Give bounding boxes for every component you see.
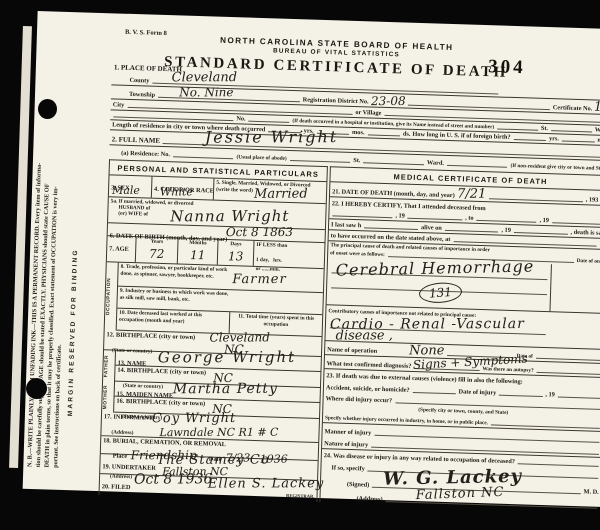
blank-line xyxy=(363,161,424,165)
spouse-value: Nanna Wright xyxy=(170,209,289,224)
blank-line xyxy=(173,155,234,159)
place-of-death-section: 1. PLACE OF DEATH County Cleveland Towns… xyxy=(109,63,600,173)
blank-line xyxy=(445,229,499,233)
last-worked-field: 10. Date deceased last worked at this oc… xyxy=(117,309,230,334)
abode-note: (Usual place of abode) xyxy=(236,154,286,162)
last-worked-label: 10. Date deceased last worked at this oc… xyxy=(119,310,227,327)
age-years-value: 72 xyxy=(149,248,164,260)
registration-district-label: Registration District No. xyxy=(303,96,369,105)
dob-value: Oct 8 1863 xyxy=(226,226,293,238)
operation-label: Name of operation xyxy=(327,346,377,355)
full-name-value: Jessie Wright xyxy=(205,129,339,145)
blank-line xyxy=(413,391,456,394)
ds-label: ds. xyxy=(403,131,411,138)
physician-address-value: Fallston NC xyxy=(415,486,504,502)
test-label: What test confirmed diagnosis? xyxy=(327,360,412,370)
age-ifless-field: IF LESS than 1 day, hrs. or ......min. xyxy=(253,241,325,268)
township-value: No. Nine xyxy=(179,86,233,98)
informant-value: Coy Wright xyxy=(152,412,236,425)
blank-line xyxy=(514,231,568,235)
ward-label2: Ward. xyxy=(427,159,444,167)
industry-label: 9. Industry or business in which work wa… xyxy=(120,288,234,306)
industry-field: 9. Industry or business in which work wa… xyxy=(117,287,236,312)
mother-side-label: MOTHER xyxy=(103,381,109,412)
blank-line xyxy=(408,217,462,221)
date-of-onset-label: Date of onset xyxy=(577,258,600,265)
age-months-field: Months 11 xyxy=(177,238,218,264)
blank-line xyxy=(536,357,600,361)
filed-field: 20. FILED Oct 8 1936 Ellen S. Lackey REG… xyxy=(100,474,317,499)
dod-year-printed: , 193 xyxy=(586,196,599,203)
sex-value: Male xyxy=(112,185,140,196)
cause-of-death-value: Cerebral Hemorrhage xyxy=(336,259,535,279)
occupation-side-label: OCCUPATION xyxy=(106,262,113,330)
informant-address-value: Lawndale NC R1 # C xyxy=(159,427,278,438)
personal-statistical-section: PERSONAL AND STATISTICAL PARTICULARS 3. … xyxy=(98,159,327,502)
manner-of-injury-label: Manner of injury xyxy=(324,428,371,436)
age-years-field: Years 72 xyxy=(135,237,178,263)
nineteen-2: , 19 xyxy=(539,217,549,224)
cause-of-death-area: Cerebral Hemorrhage 131 xyxy=(327,257,600,314)
blank-line xyxy=(537,371,600,375)
blank-line xyxy=(476,219,536,223)
county-value: Cleveland xyxy=(172,71,237,84)
age-days-field: Days 13 xyxy=(217,240,254,266)
registrar-label: REGISTRAR. xyxy=(286,493,315,499)
months-label: Months xyxy=(180,240,215,247)
blank-line xyxy=(290,159,351,163)
race-field: 4. COLOR OR RACE White xyxy=(151,177,214,200)
blank-line xyxy=(497,127,538,130)
filed-label: 20. FILED xyxy=(102,483,131,491)
trade-field: 8. Trade, profession, or particular kind… xyxy=(118,263,237,290)
medical-certificate-section: MEDICAL CERTIFICATE OF DEATH 21. DATE OF… xyxy=(319,166,600,511)
certificate-no-value: 14 xyxy=(594,101,600,114)
marital-value: Married xyxy=(254,188,308,201)
blank-line xyxy=(558,396,600,399)
signed-label: (Signed) xyxy=(347,481,370,489)
date-of-onset-column-line xyxy=(549,264,551,311)
if-so-specify-label: If so, specify xyxy=(331,464,365,472)
race-value: White xyxy=(160,186,193,197)
occupation-group: OCCUPATION 8. Trade, profession, or part… xyxy=(105,262,324,337)
contributory-value-2: disease , xyxy=(336,329,393,342)
age-field: 7. AGE xyxy=(107,236,136,262)
nonresident-note: (If non-resident give city or town and S… xyxy=(510,163,600,172)
village-label: or Village xyxy=(355,109,381,117)
trade-value-cell: Farmer xyxy=(236,266,324,292)
blank-line xyxy=(367,133,399,136)
nineteen-4: , 19 xyxy=(545,391,555,398)
nature-of-injury-label: Nature of injury xyxy=(324,440,368,448)
registration-district-value: 23-08 xyxy=(371,95,406,107)
blank-line xyxy=(364,226,418,230)
blank-line xyxy=(489,197,583,202)
yrs-label2: yrs. xyxy=(549,135,559,142)
days-label: Days xyxy=(220,241,251,248)
ward-label: Ward xyxy=(595,127,600,134)
trade-value: Farmer xyxy=(232,273,286,286)
death-said-label: , death is said xyxy=(570,229,600,237)
full-name-label: 2. FULL NAME xyxy=(112,135,161,145)
blank-line xyxy=(562,140,594,143)
age-days-value: 13 xyxy=(228,250,243,262)
last-saw-label: I last saw h xyxy=(331,221,361,229)
injury-date-label: Date of injury xyxy=(458,388,496,396)
death-certificate-paper: N. B.—WRITE PLAINLY, WITH UNFADING INK—T… xyxy=(23,11,600,507)
blank-line xyxy=(552,221,600,225)
hole-punch xyxy=(38,99,57,119)
ifless-label-2: 1 day, xyxy=(256,257,269,263)
nineteen-3: , 19 xyxy=(501,227,511,234)
mos-label: mos. xyxy=(352,129,365,136)
ifless-label-1: IF LESS than xyxy=(256,242,322,250)
father-side-label: FATHER xyxy=(104,350,110,381)
md-label: M. D. xyxy=(583,488,598,495)
physician-address-label: (Address) xyxy=(356,495,382,503)
blank-line xyxy=(249,120,290,123)
blank-line xyxy=(332,214,392,218)
total-time-label: 11. Total time (years) spent in this occ… xyxy=(232,313,320,330)
informant-address-label: (Address) xyxy=(111,430,133,437)
nineteen-1: , 19 xyxy=(395,212,405,219)
alive-on-label: alive on xyxy=(421,224,442,232)
age-label: 7. AGE xyxy=(109,245,129,253)
filed-date-value: Oct 8 1936 xyxy=(134,472,212,486)
blank-line xyxy=(447,164,508,168)
date-of-death-value: 7/21 xyxy=(457,188,486,201)
age-months-value: 11 xyxy=(190,249,205,261)
hrs-label: hrs. xyxy=(273,258,282,264)
residence-label: (a) Residence: No. xyxy=(121,150,170,159)
township-label: Township xyxy=(129,91,155,99)
years-label: Years xyxy=(138,238,175,245)
marital-field: 5. Single, Married, Widowed, or Divorced… xyxy=(213,179,327,204)
maiden-name-value: Martha Petty xyxy=(173,382,278,396)
county-label: County xyxy=(129,77,149,85)
hole-punch xyxy=(26,378,47,399)
blank-line xyxy=(499,394,542,397)
registrar-signature: Ellen S. Lackey xyxy=(208,477,324,490)
blank-line xyxy=(551,129,592,132)
blank-line xyxy=(514,138,546,141)
cause-code-circled: 131 xyxy=(418,281,462,304)
father-name-value: George Wright xyxy=(158,350,296,365)
sex-field: 3. SEX Male xyxy=(109,175,152,197)
trade-label: 8. Trade, profession, or particular kind… xyxy=(120,264,234,282)
st-label: St. xyxy=(541,125,548,132)
to-label: , to xyxy=(465,215,474,222)
city-label: City xyxy=(113,101,125,108)
no-label: No. xyxy=(236,115,245,122)
filed-row: 20. FILED Oct 8 1936 Ellen S. Lackey REG… xyxy=(100,474,317,499)
certificate-no-label: Certificate No. xyxy=(553,104,593,112)
certificate-columns: PERSONAL AND STATISTICAL PARTICULARS 3. … xyxy=(98,159,600,511)
st-label2: St. xyxy=(353,157,360,164)
